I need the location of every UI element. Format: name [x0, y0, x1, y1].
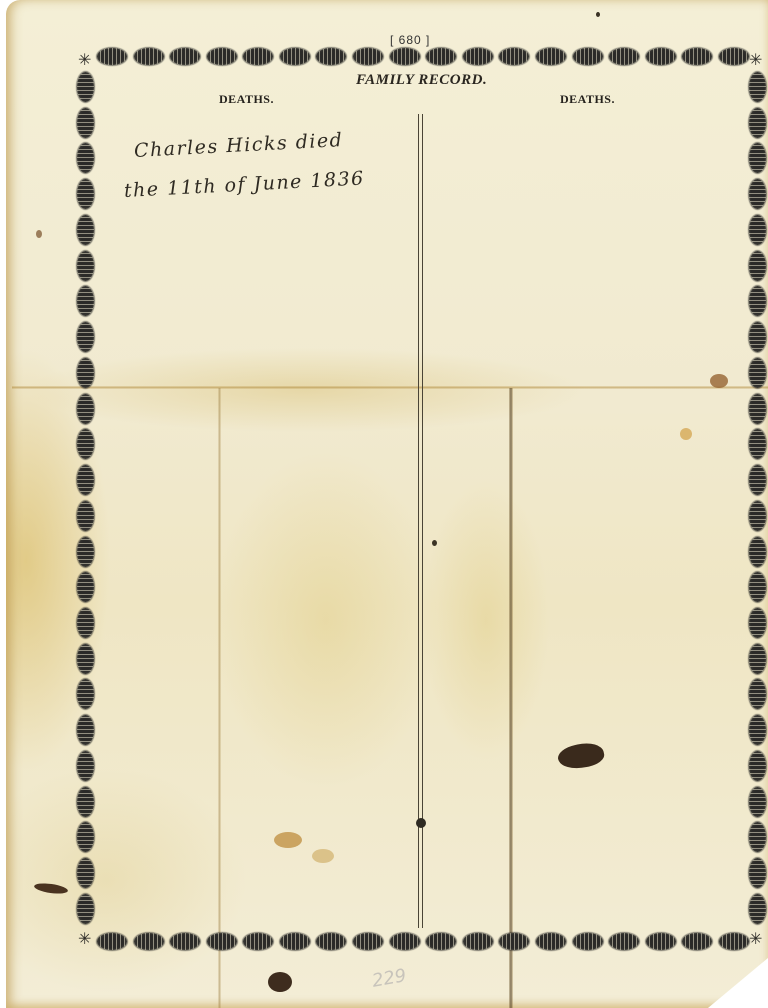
ornament-icon [573, 48, 603, 65]
ornament-icon [77, 358, 94, 388]
ornament-icon [749, 501, 766, 531]
ornament-icon [463, 48, 493, 65]
ornament-icon [390, 933, 420, 950]
ornament-icon [749, 286, 766, 316]
border-bottom [97, 933, 749, 950]
ornament-icon [719, 933, 749, 950]
ornament-icon [77, 286, 94, 316]
ornament-icon [170, 48, 200, 65]
ornament-icon [77, 894, 94, 924]
corner-star-icon: ✳ [749, 931, 762, 947]
stain [710, 374, 728, 388]
ornament-icon [463, 933, 493, 950]
document-page [6, 0, 768, 1008]
ornament-icon [77, 572, 94, 602]
page-number: [ 680 ] [390, 33, 430, 47]
ornament-icon [749, 394, 766, 424]
stain [312, 849, 334, 863]
ornament-icon [749, 429, 766, 459]
ornament-icon [536, 48, 566, 65]
ornament-icon [646, 933, 676, 950]
corner-star-icon: ✳ [78, 52, 91, 68]
border-left [77, 72, 94, 924]
ink-dot [432, 540, 437, 546]
fold-crease-horizontal [12, 386, 768, 389]
ornament-icon [749, 644, 766, 674]
stain [680, 428, 692, 440]
ornament-icon [243, 933, 273, 950]
column-divider [418, 114, 423, 928]
ornament-icon [207, 933, 237, 950]
ornament-icon [77, 715, 94, 745]
ornament-icon [749, 751, 766, 781]
ornament-icon [749, 465, 766, 495]
ornament-icon [749, 251, 766, 281]
ornament-icon [77, 751, 94, 781]
ornament-icon [77, 215, 94, 245]
ornament-icon [609, 933, 639, 950]
ornament-icon [97, 933, 127, 950]
ornament-icon [426, 48, 456, 65]
ornament-icon [280, 48, 310, 65]
ornament-icon [134, 48, 164, 65]
ornament-icon [749, 215, 766, 245]
ornament-icon [749, 858, 766, 888]
ornament-icon [749, 787, 766, 817]
ornament-icon [719, 48, 749, 65]
fold-crease-vertical-right [509, 388, 513, 1008]
column-heading-left: DEATHS. [219, 92, 274, 107]
ornament-icon [77, 537, 94, 567]
ornament-icon [77, 394, 94, 424]
ornament-icon [77, 72, 94, 102]
ornament-icon [749, 537, 766, 567]
ornament-icon [316, 933, 346, 950]
ornament-icon [77, 143, 94, 173]
ornament-icon [682, 48, 712, 65]
ornament-icon [170, 933, 200, 950]
ornament-icon [749, 358, 766, 388]
ornament-icon [77, 108, 94, 138]
ornament-icon [77, 179, 94, 209]
ornament-icon [573, 933, 603, 950]
ornament-icon [353, 48, 383, 65]
ornament-icon [77, 322, 94, 352]
ornament-icon [536, 933, 566, 950]
stain [274, 832, 302, 848]
ornament-icon [77, 251, 94, 281]
ornament-icon [77, 429, 94, 459]
column-heading-right: DEATHS. [560, 92, 615, 107]
ornament-icon [280, 933, 310, 950]
ornament-icon [353, 933, 383, 950]
ornament-icon [749, 822, 766, 852]
ornament-icon [749, 894, 766, 924]
ornament-icon [749, 608, 766, 638]
fold-crease-vertical-left [218, 388, 221, 1008]
ornament-icon [243, 48, 273, 65]
ornament-icon [134, 933, 164, 950]
border-top [97, 48, 749, 65]
ornament-icon [749, 572, 766, 602]
ornament-icon [749, 322, 766, 352]
ornament-icon [499, 48, 529, 65]
ornament-icon [390, 48, 420, 65]
corner-star-icon: ✳ [749, 52, 762, 68]
ink-blot [416, 818, 426, 828]
ornament-icon [77, 465, 94, 495]
ornament-icon [77, 501, 94, 531]
ornament-icon [77, 679, 94, 709]
ornament-icon [97, 48, 127, 65]
ornament-icon [426, 933, 456, 950]
ornament-icon [749, 72, 766, 102]
ornament-icon [499, 933, 529, 950]
ornament-icon [77, 644, 94, 674]
stain [36, 230, 42, 238]
ornament-icon [749, 179, 766, 209]
ink-blot [268, 972, 292, 992]
corner-star-icon: ✳ [78, 931, 91, 947]
ornament-icon [77, 822, 94, 852]
ornament-icon [682, 933, 712, 950]
ornament-icon [749, 108, 766, 138]
torn-corner [708, 958, 768, 1008]
ornament-icon [646, 48, 676, 65]
ornament-icon [749, 715, 766, 745]
ornament-icon [77, 608, 94, 638]
ornament-icon [207, 48, 237, 65]
page-title: FAMILY RECORD. [356, 72, 487, 89]
ornament-icon [749, 679, 766, 709]
ornament-icon [316, 48, 346, 65]
border-right [749, 72, 766, 924]
ornament-icon [749, 143, 766, 173]
ornament-icon [609, 48, 639, 65]
ink-dot [596, 12, 600, 17]
ornament-icon [77, 787, 94, 817]
ornament-icon [77, 858, 94, 888]
